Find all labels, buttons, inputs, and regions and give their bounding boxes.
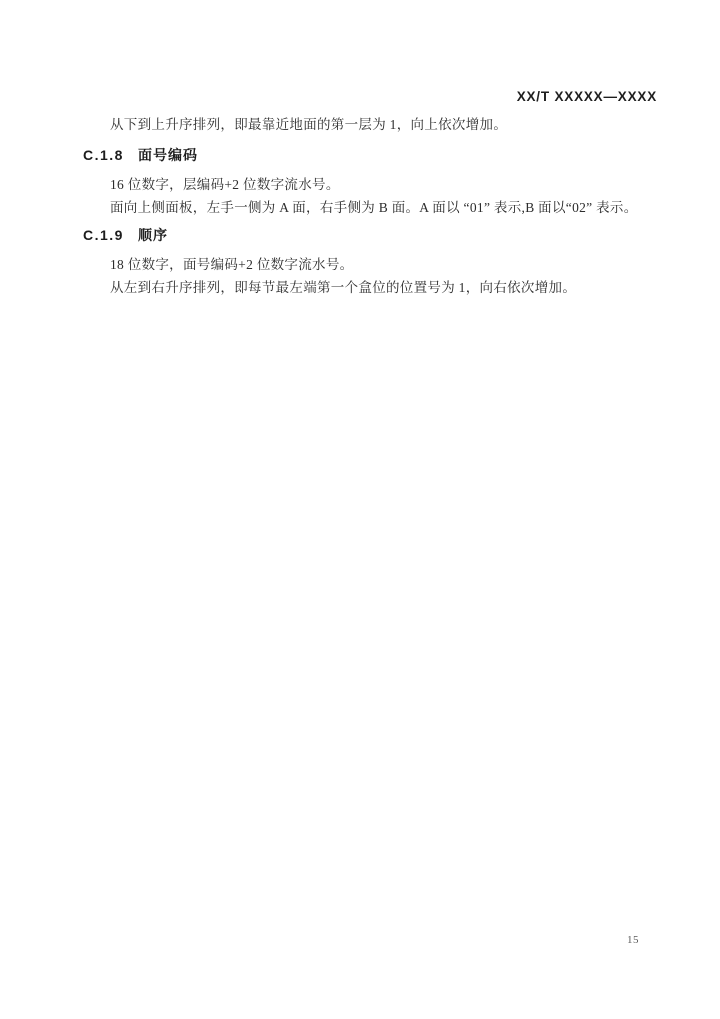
document-page: XX/T XXXXX—XXXX 从下到上升序排列，即最靠近地面的第一层为 1，向… (0, 0, 720, 1019)
page-number: 15 (627, 934, 639, 946)
section-heading-c18: C.1.8面号编码 (83, 147, 198, 163)
document-code-header: XX/T XXXXX—XXXX (517, 89, 657, 104)
section-heading-c19: C.1.9顺序 (83, 227, 168, 243)
paragraph: 面向上侧面板，左手一侧为 A 面，右手侧为 B 面。A 面以 “01” 表示,B… (110, 200, 638, 215)
intro-paragraph: 从下到上升序排列，即最靠近地面的第一层为 1，向上依次增加。 (110, 117, 507, 132)
section-title: 面号编码 (138, 147, 198, 163)
paragraph: 18 位数字，面号编码+2 位数字流水号。 (110, 257, 353, 272)
section-number: C.1.9 (83, 227, 124, 243)
paragraph: 16 位数字，层编码+2 位数字流水号。 (110, 177, 340, 192)
section-title: 顺序 (138, 227, 168, 243)
section-number: C.1.8 (83, 147, 124, 163)
paragraph: 从左到右升序排列，即每节最左端第一个盒位的位置号为 1，向右依次增加。 (110, 280, 576, 295)
